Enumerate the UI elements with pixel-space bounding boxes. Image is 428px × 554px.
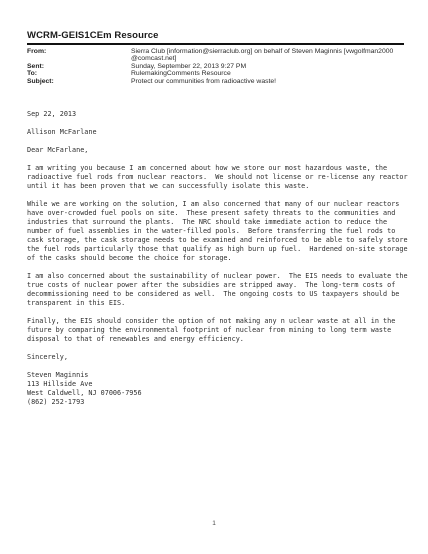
sent-value: Sunday, September 22, 2013 9:27 PM [131,63,404,70]
email-document-page: WCRM-GEIS1CEm Resource From: Sierra Club… [0,0,428,554]
from-label: From: [27,48,131,55]
field-row-from: From: Sierra Club [information@sierraclu… [27,48,404,63]
page-number: 1 [212,520,216,527]
subject-label: Subject: [27,78,131,85]
subject-value: Protect our communities from radioactive… [131,78,404,85]
title-underline-rule [27,43,404,45]
field-row-sent: Sent: Sunday, September 22, 2013 9:27 PM [27,63,404,70]
email-body-text: Sep 22, 2013 Allison McFarlane Dear McFa… [27,110,408,407]
document-title: WCRM-GEIS1CEm Resource [27,30,159,41]
field-row-subject: Subject: Protect our communities from ra… [27,78,404,85]
to-label: To: [27,70,131,77]
to-value: RulemakingComments Resource [131,70,404,77]
field-row-to: To: RulemakingComments Resource [27,70,404,77]
sent-label: Sent: [27,63,131,70]
from-value: Sierra Club [information@sierraclub.org]… [131,48,404,63]
email-header-fields: From: Sierra Club [information@sierraclu… [27,48,404,85]
page-footer: 1 [0,520,428,527]
